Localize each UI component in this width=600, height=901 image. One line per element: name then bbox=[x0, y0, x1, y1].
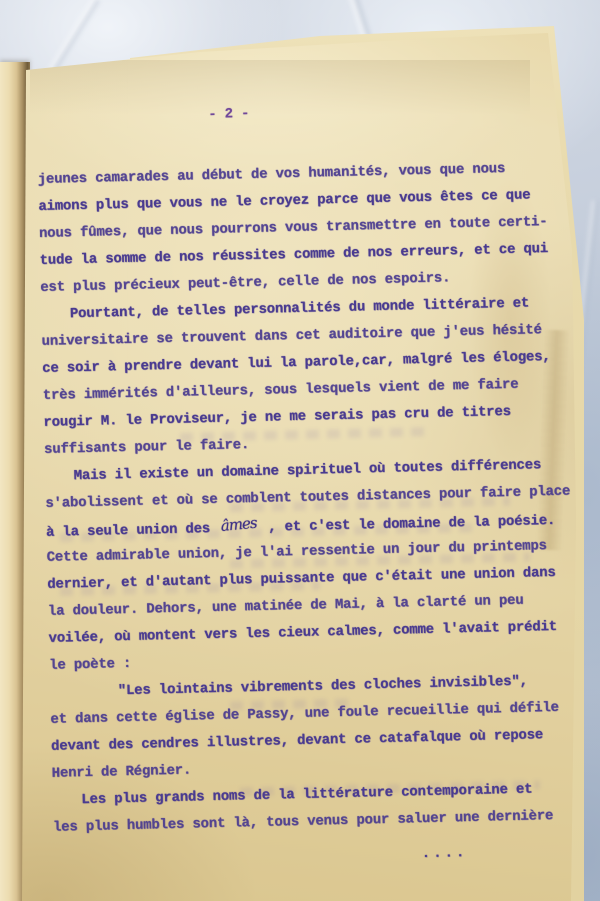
page-number: - 2 - bbox=[36, 93, 581, 133]
typed-text: , et c'est le domaine de la poésie. bbox=[260, 513, 556, 536]
typewritten-text: - 2 - jeunes camarades au début de vos h… bbox=[36, 93, 599, 877]
typed-text: à la seule union des bbox=[46, 521, 219, 541]
document-page: - 2 - jeunes camarades au début de vos h… bbox=[0, 0, 600, 901]
handwritten-word: âmes bbox=[220, 510, 258, 540]
photo-scene: - 2 - jeunes camarades au début de vos h… bbox=[0, 0, 600, 901]
ellipsis-line: .... bbox=[54, 837, 599, 877]
